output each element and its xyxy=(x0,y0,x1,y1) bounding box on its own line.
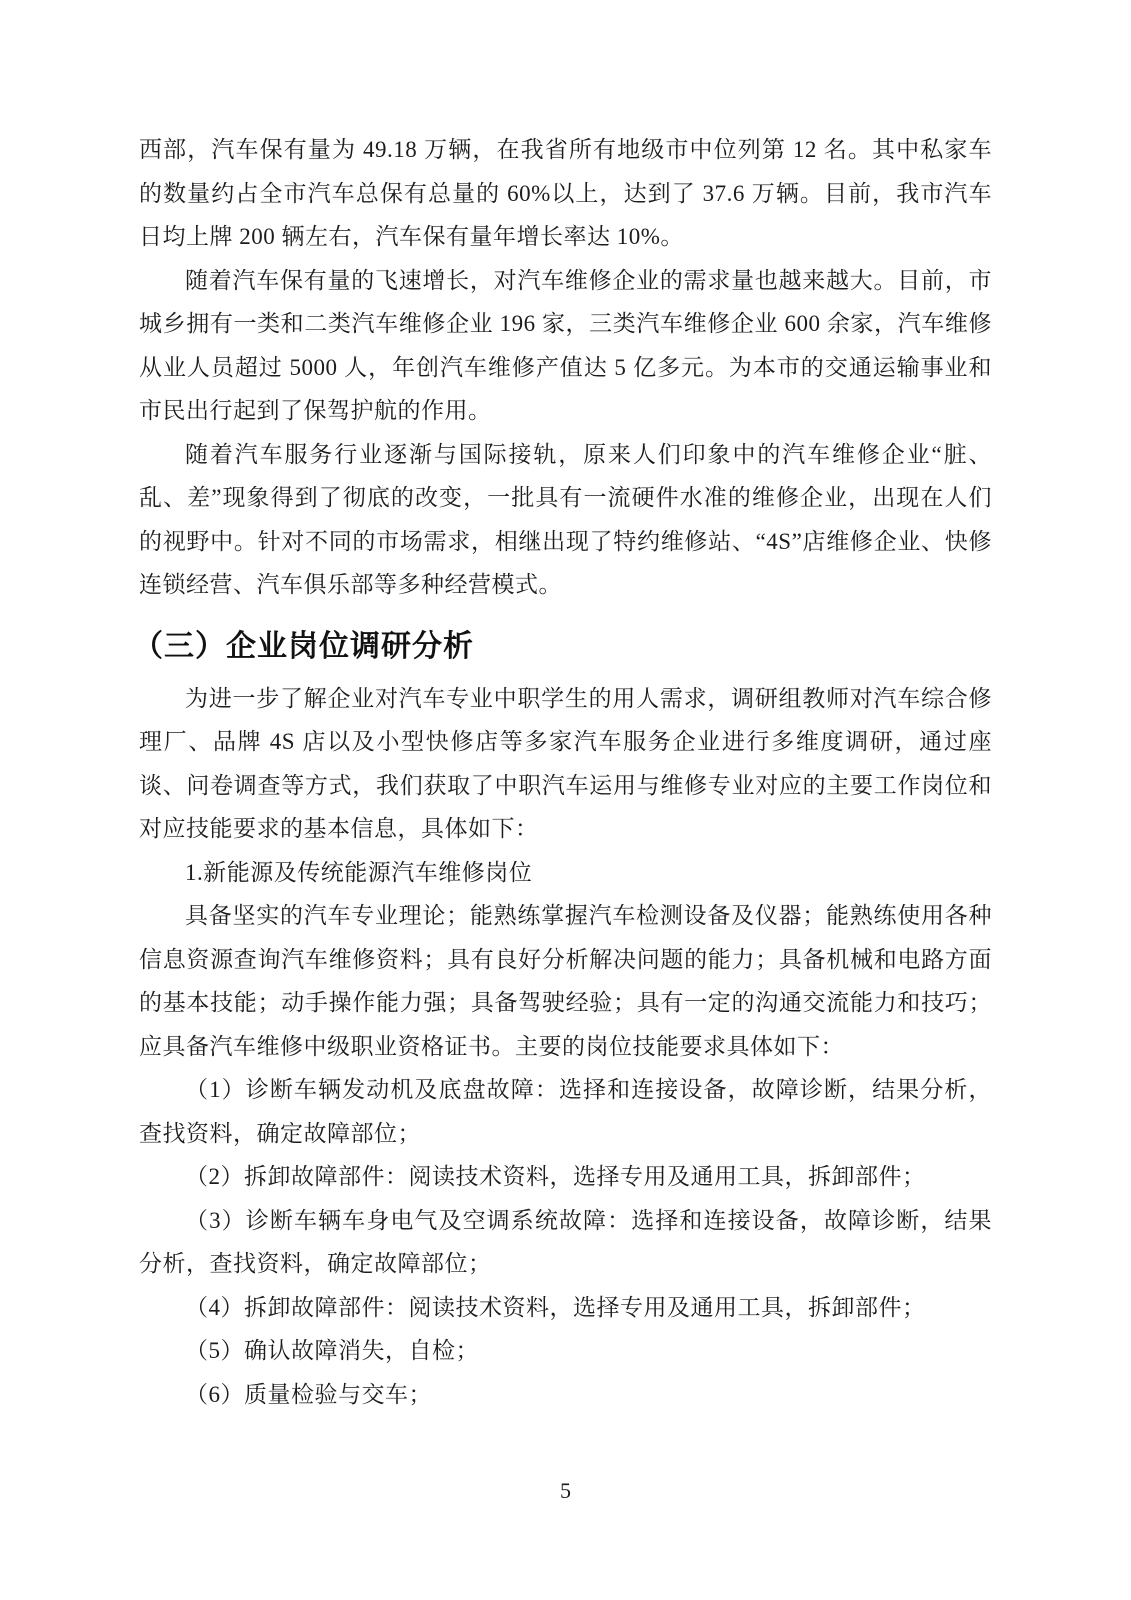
requirement-item-5: （5）确认故障消失，自检； xyxy=(139,1329,992,1373)
document-page: 西部，汽车保有量为 49.18 万辆，在我省所有地级市中位列第 12 名。其中私… xyxy=(0,0,1131,1600)
paragraph-repair-demand-growth: 随着汽车保有量的飞速增长，对汽车维修企业的需求量也越来越大。目前，市城乡拥有一类… xyxy=(139,259,992,433)
list-item-post-title: 1.新能源及传统能源汽车维修岗位 xyxy=(139,851,992,895)
paragraph-survey-method: 为进一步了解企业对汽车专业中职学生的用人需求，调研组教师对汽车综合修理厂、品牌 … xyxy=(139,677,992,851)
requirement-item-6: （6）质量检验与交车； xyxy=(139,1373,992,1417)
requirement-item-3: （3）诊断车辆车身电气及空调系统故障：选择和连接设备，故障诊断，结果分析，查找资… xyxy=(139,1199,992,1286)
requirement-item-4: （4）拆卸故障部件：阅读技术资料，选择专用及通用工具，拆卸部件； xyxy=(139,1286,992,1330)
requirement-item-1: （1）诊断车辆发动机及底盘故障：选择和连接设备，故障诊断，结果分析，查找资料，确… xyxy=(139,1068,992,1155)
requirement-item-2: （2）拆卸故障部件：阅读技术资料，选择专用及通用工具，拆卸部件； xyxy=(139,1155,992,1199)
paragraph-skill-profile: 具备坚实的汽车专业理论；能熟练掌握汽车检测设备及仪器；能熟练使用各种信息资源查询… xyxy=(139,894,992,1068)
section-heading-enterprise-post-research: （三）企业岗位调研分析 xyxy=(133,624,992,670)
page-content: 西部，汽车保有量为 49.18 万辆，在我省所有地级市中位列第 12 名。其中私… xyxy=(139,128,992,1416)
page-number: 5 xyxy=(0,1478,1131,1504)
paragraph-service-industry: 随着汽车服务行业逐渐与国际接轨，原来人们印象中的汽车维修企业“脏、乱、差”现象得… xyxy=(139,433,992,607)
paragraph-carryover: 西部，汽车保有量为 49.18 万辆，在我省所有地级市中位列第 12 名。其中私… xyxy=(139,128,992,259)
